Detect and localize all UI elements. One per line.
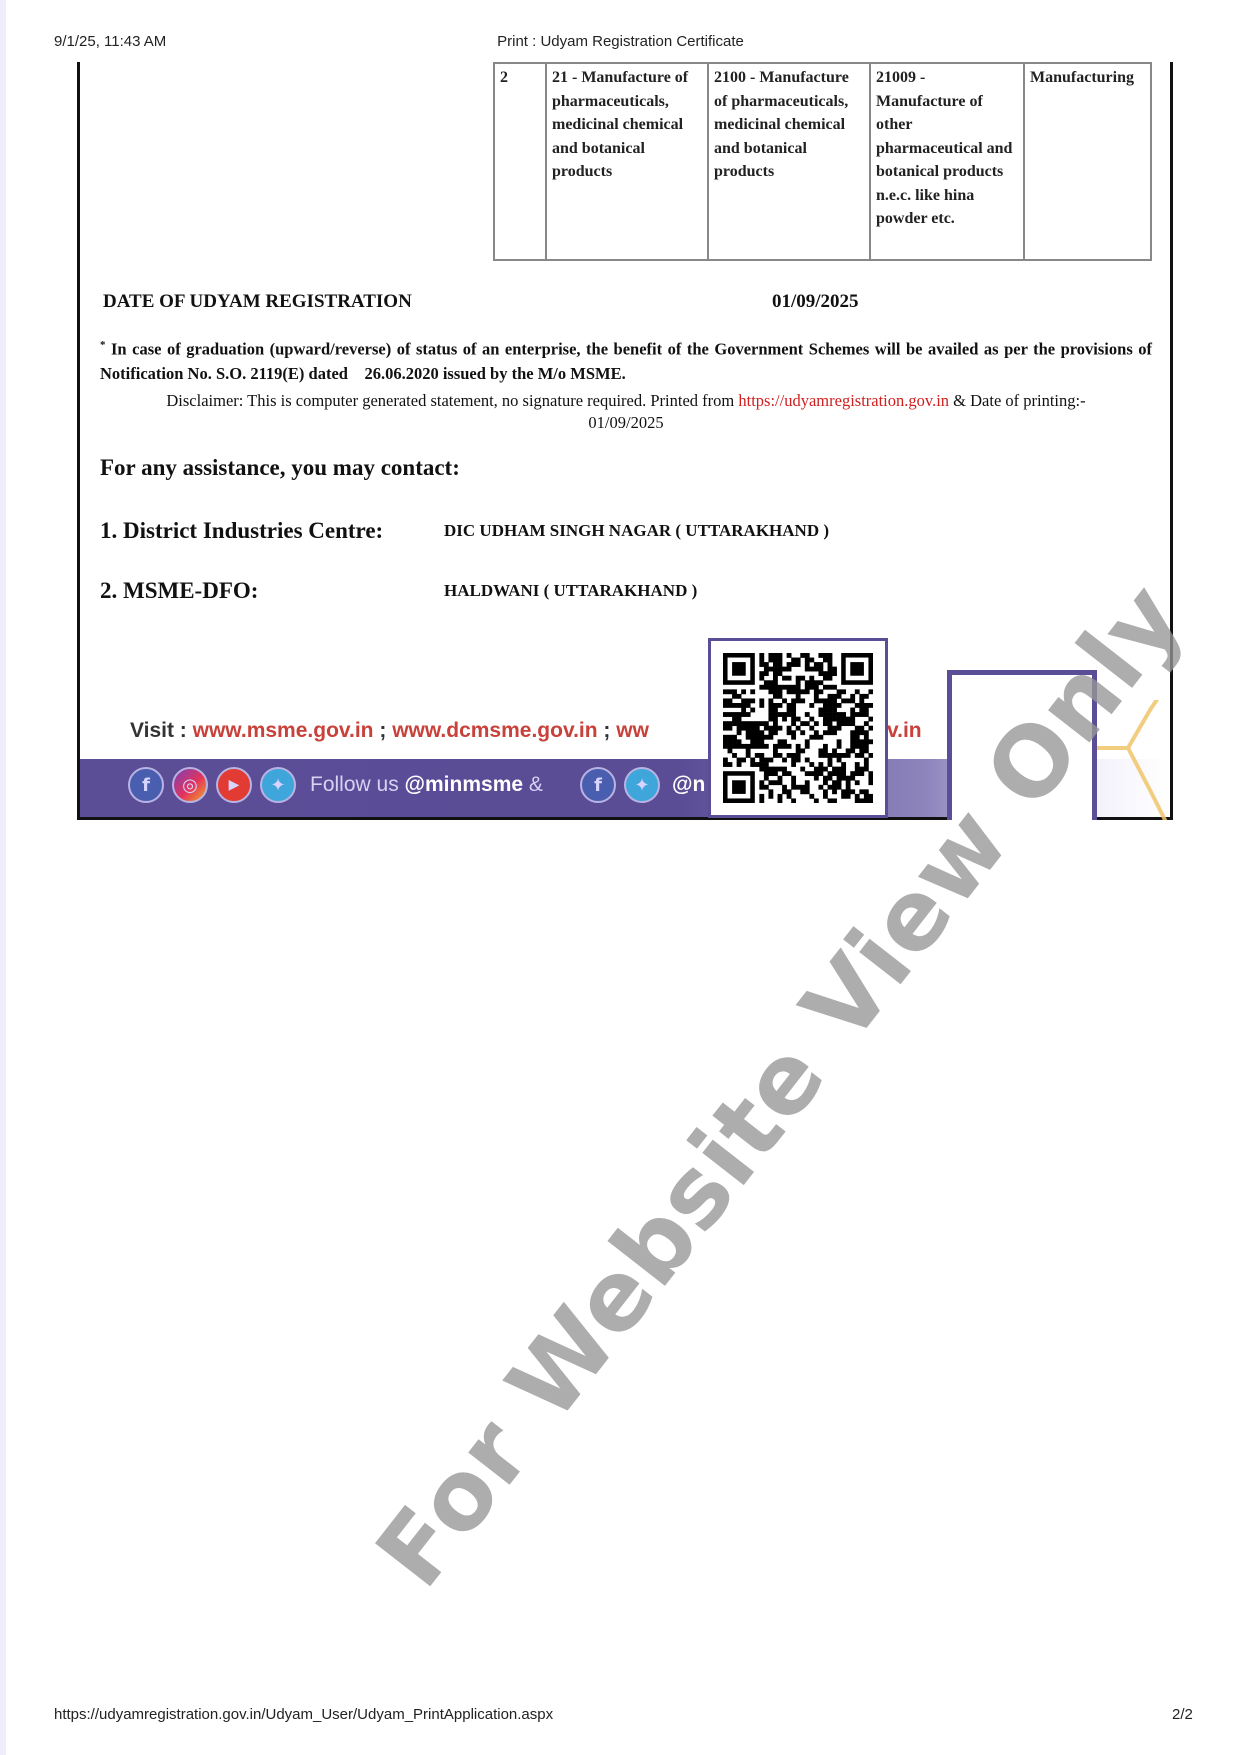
- dic-label: 1. District Industries Centre:: [100, 518, 383, 544]
- dcmsme-link[interactable]: www.dcmsme.gov.in: [392, 719, 597, 742]
- registration-date-label: DATE OF UDYAM REGISTRATION: [103, 291, 412, 313]
- follow-prefix: Follow us: [310, 773, 405, 796]
- hexagon-decoration-icon: [1090, 700, 1170, 820]
- nic-code-table: 2 21 - Manufacture of pharmaceuticals, m…: [493, 62, 1152, 261]
- visit-links: Visit : www.msme.gov.in ; www.dcmsme.gov…: [130, 719, 649, 743]
- page-edge: [0, 0, 6, 1755]
- qr-code: [708, 638, 888, 818]
- note-marker: *: [100, 339, 106, 351]
- udyam-portal-link[interactable]: https://udyamregistration.gov.in: [738, 391, 949, 410]
- print-title: Print : Udyam Registration Certificate: [0, 33, 1241, 50]
- follow-us-text: Follow us @minmsme &: [310, 773, 543, 797]
- second-handle-text[interactable]: @n: [672, 773, 705, 796]
- registration-date-value: 01/09/2025: [772, 291, 859, 313]
- partial-link[interactable]: ww: [616, 719, 649, 742]
- msme-link[interactable]: www.msme.gov.in: [193, 719, 374, 742]
- print-url: https://udyamregistration.gov.in/Udyam_U…: [54, 1706, 553, 1723]
- twitter-icon[interactable]: ✦: [624, 767, 660, 803]
- disclaimer: Disclaimer: This is computer generated s…: [100, 390, 1152, 434]
- printing-date: 01/09/2025: [588, 413, 663, 432]
- qr-code-icon: [723, 653, 873, 803]
- nic-5-digit-cell: 21009 - Manufacture of other pharmaceuti…: [870, 63, 1024, 260]
- table-row: 2 21 - Manufacture of pharmaceuticals, m…: [494, 63, 1151, 260]
- partial-link-end[interactable]: v.in: [887, 719, 922, 743]
- note-text: In case of graduation (upward/reverse) o…: [100, 340, 1156, 383]
- photo-placeholder: [947, 670, 1097, 820]
- assistance-heading: For any assistance, you may contact:: [100, 455, 460, 481]
- second-handle: @n: [672, 773, 705, 797]
- disclaimer-suffix: & Date of printing:-: [949, 391, 1086, 410]
- msme-dfo-label: 2. MSME-DFO:: [100, 578, 258, 604]
- nic-2-digit-cell: 21 - Manufacture of pharmaceuticals, med…: [546, 63, 708, 260]
- youtube-icon[interactable]: ▶: [216, 767, 252, 803]
- dic-value: DIC UDHAM SINGH NAGAR ( UTTARAKHAND ): [444, 521, 829, 541]
- msme-dfo-value: HALDWANI ( UTTARAKHAND ): [444, 581, 697, 601]
- facebook-icon[interactable]: f: [128, 767, 164, 803]
- visit-label: Visit :: [130, 719, 193, 742]
- disclaimer-prefix: Disclaimer: This is computer generated s…: [166, 391, 738, 410]
- page-number: 2/2: [1172, 1706, 1193, 1723]
- activity-cell: Manufacturing: [1024, 63, 1151, 260]
- facebook-icon[interactable]: f: [580, 767, 616, 803]
- link-separator: ;: [598, 719, 617, 742]
- link-separator: ;: [374, 719, 393, 742]
- follow-handle[interactable]: @minmsme: [405, 773, 524, 796]
- graduation-note: * In case of graduation (upward/reverse)…: [100, 333, 1152, 386]
- instagram-icon[interactable]: ◎: [172, 767, 208, 803]
- twitter-icon[interactable]: ✦: [260, 767, 296, 803]
- nic-4-digit-cell: 2100 - Manufacture of pharmaceuticals, m…: [708, 63, 870, 260]
- serial-number-cell: 2: [494, 63, 546, 260]
- follow-joiner: &: [523, 773, 543, 796]
